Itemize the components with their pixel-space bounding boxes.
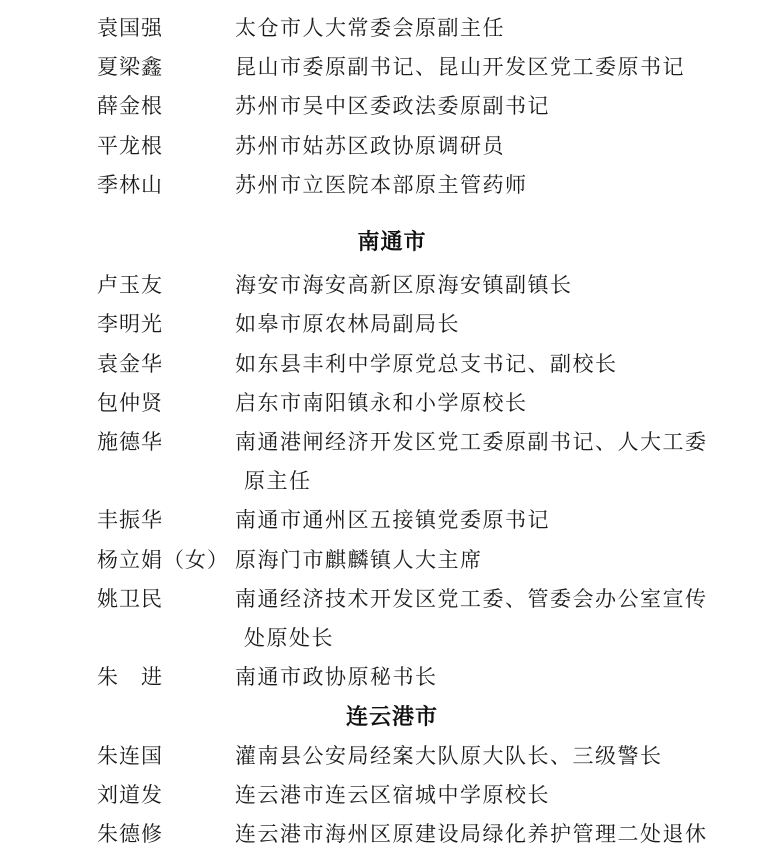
- entry-name: 袁国强: [97, 9, 235, 48]
- entry-title-line: 南通经济技术开发区党工委、管委会办公室宣传: [235, 580, 708, 619]
- entry-name: 包仲贤: [97, 384, 235, 423]
- entry-row: 袁国强太仓市人大常委会原副主任: [0, 9, 784, 48]
- document-page: 袁国强太仓市人大常委会原副主任夏梁鑫昆山市委原副书记、昆山开发区党工委原书记薛金…: [0, 0, 784, 853]
- entry-title: 南通市通州区五接镇党委原书记: [235, 501, 550, 540]
- entry-title-line: 灌南县公安局经案大队原大队长、三级警长: [235, 737, 663, 776]
- entry-title-line: 连云港市连云区宿城中学原校长: [235, 776, 550, 815]
- entry-title-line: 太仓市人大常委会原副主任: [235, 9, 505, 48]
- entry-title: 启东市南阳镇永和小学原校长: [235, 384, 528, 423]
- entry-title: 南通市政协原秘书长: [235, 658, 438, 697]
- entry-name: 袁金华: [97, 345, 235, 384]
- entry-title: 连云港市连云区宿城中学原校长: [235, 776, 550, 815]
- entry-name: 丰振华: [97, 501, 235, 540]
- entry-name: 朱德修: [97, 815, 235, 853]
- entry-row: 夏梁鑫昆山市委原副书记、昆山开发区党工委原书记: [0, 48, 784, 87]
- entry-name: 平龙根: [97, 127, 235, 166]
- entry-title-line: 处原处长: [235, 619, 708, 658]
- section: 连云港市朱连国灌南县公安局经案大队原大队长、三级警长刘道发连云港市连云区宿城中学…: [0, 697, 784, 853]
- entry-title: 如皋市原农林局副局长: [235, 305, 460, 344]
- entry-row: 包仲贤启东市南阳镇永和小学原校长: [0, 384, 784, 423]
- entry-name: 薛金根: [97, 87, 235, 126]
- entry-title-line: 南通港闸经济开发区党工委原副书记、人大工委: [235, 423, 708, 462]
- entry-row: 季林山苏州市立医院本部原主管药师: [0, 166, 784, 205]
- entry-title: 连云港市海州区原建设局绿化养护管理二处退休: [235, 815, 708, 853]
- entry-title: 苏州市姑苏区政协原调研员: [235, 127, 505, 166]
- entry-title-line: 昆山市委原副书记、昆山开发区党工委原书记: [235, 48, 685, 87]
- entry-title-line: 苏州市立医院本部原主管药师: [235, 166, 528, 205]
- entry-name: 卢玉友: [97, 266, 235, 305]
- entry-row: 卢玉友海安市海安高新区原海安镇副镇长: [0, 266, 784, 305]
- entry-row: 朱 进南通市政协原秘书长: [0, 658, 784, 697]
- entry-row: 施德华南通港闸经济开发区党工委原副书记、人大工委原主任: [0, 423, 784, 501]
- entry-row: 刘道发连云港市连云区宿城中学原校长: [0, 776, 784, 815]
- entry-title-line: 如皋市原农林局副局长: [235, 305, 460, 344]
- section-header: 南通市: [0, 222, 784, 261]
- entry-name: 夏梁鑫: [97, 48, 235, 87]
- entry-title-line: 苏州市姑苏区政协原调研员: [235, 127, 505, 166]
- section: 袁国强太仓市人大常委会原副主任夏梁鑫昆山市委原副书记、昆山开发区党工委原书记薛金…: [0, 9, 784, 205]
- entry-name: 李明光: [97, 305, 235, 344]
- entry-title: 太仓市人大常委会原副主任: [235, 9, 505, 48]
- entry-title-line: 海安市海安高新区原海安镇副镇长: [235, 266, 573, 305]
- entry-title-line: 南通市政协原秘书长: [235, 658, 438, 697]
- entry-row: 薛金根苏州市吴中区委政法委原副书记: [0, 87, 784, 126]
- entry-title: 苏州市吴中区委政法委原副书记: [235, 87, 550, 126]
- entry-title: 如东县丰利中学原党总支书记、副校长: [235, 345, 618, 384]
- entry-title-line: 南通市通州区五接镇党委原书记: [235, 501, 550, 540]
- entry-title: 苏州市立医院本部原主管药师: [235, 166, 528, 205]
- entry-row: 丰振华南通市通州区五接镇党委原书记: [0, 501, 784, 540]
- entry-name: 季林山: [97, 166, 235, 205]
- entry-row: 杨立娟（女）原海门市麒麟镇人大主席: [0, 541, 784, 580]
- entry-title: 南通经济技术开发区党工委、管委会办公室宣传处原处长: [235, 580, 708, 658]
- entry-name: 姚卫民: [97, 580, 235, 619]
- entry-title-line: 启东市南阳镇永和小学原校长: [235, 384, 528, 423]
- entry-title: 昆山市委原副书记、昆山开发区党工委原书记: [235, 48, 685, 87]
- entry-title: 灌南县公安局经案大队原大队长、三级警长: [235, 737, 663, 776]
- document-content: 袁国强太仓市人大常委会原副主任夏梁鑫昆山市委原副书记、昆山开发区党工委原书记薛金…: [0, 0, 784, 853]
- entry-title-line: 苏州市吴中区委政法委原副书记: [235, 87, 550, 126]
- section-header: 连云港市: [0, 697, 784, 736]
- section: 南通市卢玉友海安市海安高新区原海安镇副镇长李明光如皋市原农林局副局长袁金华如东县…: [0, 222, 784, 697]
- entry-title-line: 连云港市海州区原建设局绿化养护管理二处退休: [235, 815, 708, 853]
- entry-row: 平龙根苏州市姑苏区政协原调研员: [0, 127, 784, 166]
- entry-row: 姚卫民南通经济技术开发区党工委、管委会办公室宣传处原处长: [0, 580, 784, 658]
- entry-name: 刘道发: [97, 776, 235, 815]
- entry-title: 南通港闸经济开发区党工委原副书记、人大工委原主任: [235, 423, 708, 501]
- entry-row: 朱德修连云港市海州区原建设局绿化养护管理二处退休: [0, 815, 784, 853]
- entry-row: 袁金华如东县丰利中学原党总支书记、副校长: [0, 345, 784, 384]
- entry-title-line: 原主任: [235, 462, 708, 501]
- entry-name: 施德华: [97, 423, 235, 462]
- entry-row: 李明光如皋市原农林局副局长: [0, 305, 784, 344]
- entry-title-line: 如东县丰利中学原党总支书记、副校长: [235, 345, 618, 384]
- entry-name: 杨立娟（女）: [97, 541, 235, 580]
- entry-title: 海安市海安高新区原海安镇副镇长: [235, 266, 573, 305]
- entry-name: 朱 进: [97, 658, 235, 697]
- entry-title-line: 原海门市麒麟镇人大主席: [235, 541, 483, 580]
- entry-title: 原海门市麒麟镇人大主席: [235, 541, 483, 580]
- entry-name: 朱连国: [97, 737, 235, 776]
- entry-row: 朱连国灌南县公安局经案大队原大队长、三级警长: [0, 737, 784, 776]
